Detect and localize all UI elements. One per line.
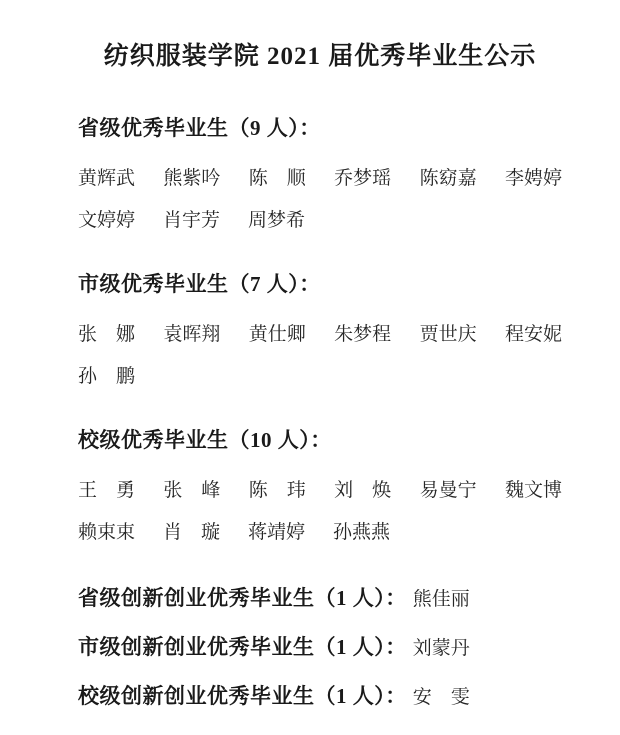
graduate-name: 朱梦程 xyxy=(334,322,391,348)
name-row: 孙 鹏 xyxy=(78,364,562,390)
section-provincial-outstanding: 省级优秀毕业生（9 人）： 黄辉武 熊紫吟 陈 顺 乔梦瑶 陈窈嘉 李娉婷 文婷… xyxy=(78,114,562,234)
graduate-name: 蒋靖婷 xyxy=(248,520,305,546)
graduate-name: 赖束束 xyxy=(78,520,135,546)
graduate-name: 刘 焕 xyxy=(334,478,391,504)
graduate-name: 张 娜 xyxy=(78,322,135,348)
graduate-name: 陈 顺 xyxy=(249,166,306,192)
innovation-heading-provincial: 省级创新创业优秀毕业生（1 人）： xyxy=(78,582,407,614)
graduate-name: 熊佳丽 xyxy=(413,584,470,611)
section-heading-provincial: 省级优秀毕业生（9 人）： xyxy=(78,114,562,142)
graduate-name: 程安妮 xyxy=(505,322,562,348)
graduate-name: 王 勇 xyxy=(78,478,135,504)
graduate-name: 文婷婷 xyxy=(78,208,135,234)
innovation-line-school: 校级创新创业优秀毕业生（1 人）： 安 雯 xyxy=(78,680,562,712)
graduate-name: 肖 璇 xyxy=(163,520,220,546)
graduate-name: 袁晖翔 xyxy=(163,322,220,348)
graduate-name: 陈 玮 xyxy=(249,478,306,504)
graduate-name: 安 雯 xyxy=(413,682,470,709)
innovation-sections: 省级创新创业优秀毕业生（1 人）： 熊佳丽 市级创新创业优秀毕业生（1 人）： … xyxy=(78,582,562,712)
innovation-heading-municipal: 市级创新创业优秀毕业生（1 人）： xyxy=(78,631,407,663)
innovation-line-provincial: 省级创新创业优秀毕业生（1 人）： 熊佳丽 xyxy=(78,582,562,614)
graduate-name: 陈窈嘉 xyxy=(420,166,477,192)
graduate-name: 黄辉武 xyxy=(78,166,135,192)
graduate-name: 张 峰 xyxy=(163,478,220,504)
graduate-name: 刘蒙丹 xyxy=(413,633,470,660)
graduate-name: 贾世庆 xyxy=(420,322,477,348)
page-title: 纺织服装学院 2021 届优秀毕业生公示 xyxy=(78,40,562,74)
section-heading-municipal: 市级优秀毕业生（7 人）： xyxy=(78,270,562,298)
document-page: 纺织服装学院 2021 届优秀毕业生公示 省级优秀毕业生（9 人）： 黄辉武 熊… xyxy=(0,0,620,735)
graduate-name: 乔梦瑶 xyxy=(334,166,391,192)
section-heading-school: 校级优秀毕业生（10 人）： xyxy=(78,426,562,454)
section-municipal-outstanding: 市级优秀毕业生（7 人）： 张 娜 袁晖翔 黄仕卿 朱梦程 贾世庆 程安妮 孙 … xyxy=(78,270,562,390)
graduate-name: 魏文博 xyxy=(505,478,562,504)
innovation-heading-school: 校级创新创业优秀毕业生（1 人）： xyxy=(78,680,407,712)
name-row: 赖束束 肖 璇 蒋靖婷 孙燕燕 xyxy=(78,520,562,546)
graduate-name: 易曼宁 xyxy=(420,478,477,504)
name-row: 王 勇 张 峰 陈 玮 刘 焕 易曼宁 魏文博 xyxy=(78,478,562,504)
graduate-name: 熊紫吟 xyxy=(163,166,220,192)
graduate-name: 周梦希 xyxy=(248,208,305,234)
graduate-name: 孙燕燕 xyxy=(333,520,390,546)
name-row: 张 娜 袁晖翔 黄仕卿 朱梦程 贾世庆 程安妮 xyxy=(78,322,562,348)
graduate-name: 肖宇芳 xyxy=(163,208,220,234)
graduate-name: 孙 鹏 xyxy=(78,364,135,390)
graduate-name: 李娉婷 xyxy=(505,166,562,192)
section-school-outstanding: 校级优秀毕业生（10 人）： 王 勇 张 峰 陈 玮 刘 焕 易曼宁 魏文博 赖… xyxy=(78,426,562,546)
innovation-line-municipal: 市级创新创业优秀毕业生（1 人）： 刘蒙丹 xyxy=(78,631,562,663)
name-row: 文婷婷 肖宇芳 周梦希 xyxy=(78,208,562,234)
graduate-name: 黄仕卿 xyxy=(249,322,306,348)
name-row: 黄辉武 熊紫吟 陈 顺 乔梦瑶 陈窈嘉 李娉婷 xyxy=(78,166,562,192)
